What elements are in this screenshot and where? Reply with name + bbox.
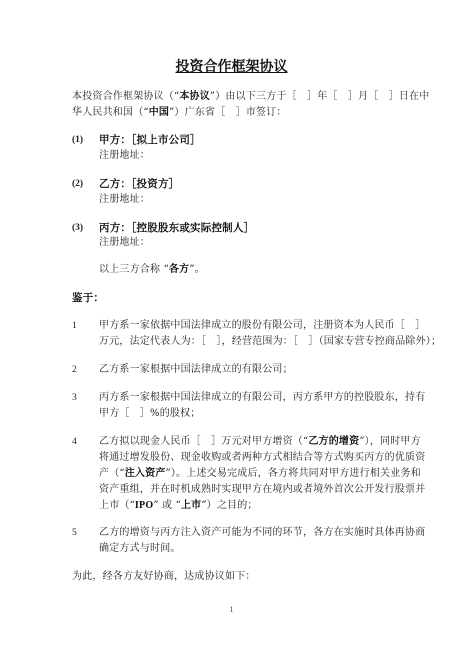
recital-4-line-1: 乙方拟以现金人民币［ ］万元对甲方增资（“乙方的增资”），同时甲方: [99, 434, 421, 450]
text: ”）。上述交易完成后，各方将共同对甲方进行相关业务和: [166, 468, 421, 479]
recital-1-line-1: 甲方系一家依据中国法律成立的股份有限公司，注册资本为人民币［ ］: [99, 318, 425, 334]
party-a-address: 注册地址：: [99, 148, 150, 164]
party-number: (1): [72, 132, 83, 148]
recital-4-line-5: 上市（“IPO” 或 “上市”）之目的；: [99, 498, 258, 514]
defined-term: 本协议: [179, 91, 210, 102]
intro-text: 华人民共和国（“: [72, 107, 149, 118]
party-a-label: 甲方：［拟上市公司］: [99, 132, 201, 148]
recital-5-line-2: 确定方式与时间。: [99, 541, 181, 557]
text: ”。: [189, 264, 205, 275]
text: 乙方拟以现金人民币［ ］万元对甲方增资（“: [99, 436, 308, 447]
defined-term: 注入资产: [125, 468, 166, 479]
closing-statement: 为此，经各方友好协商，达成协议如下：: [72, 569, 256, 585]
party-b-address: 注册地址：: [99, 192, 150, 208]
text: ”），同时甲方: [359, 436, 421, 447]
recital-number: 4: [72, 434, 77, 450]
recital-number: 2: [72, 362, 77, 378]
recital-4-line-2: 将通过增发股份、现金收购或者两种方式相结合等方式购买丙方的优质资: [99, 450, 425, 466]
intro-line-1: 本投资合作框架协议（“本协议”）由以下三方于［ ］年［ ］月［ ］日在中: [72, 89, 429, 105]
defined-term: IPO: [135, 500, 153, 511]
text: 上市（“: [99, 500, 135, 511]
party-b-label: 乙方：［投资方］: [99, 176, 179, 192]
title-text: 投资合作框架协议: [176, 59, 288, 75]
recital-2-line-1: 乙方系一家根据中国法律成立的有限公司；: [99, 362, 293, 378]
defined-term: 上市: [181, 500, 201, 511]
party-c-address: 注册地址：: [99, 235, 150, 251]
intro-line-2: 华人民共和国（“中国”）广东省［ ］市签订：: [72, 105, 287, 121]
recital-4-line-3: 产（“注入资产”）。上述交易完成后，各方将共同对甲方进行相关业务和: [99, 466, 421, 482]
party-number: (3): [72, 220, 83, 236]
defined-term: 中国: [149, 107, 169, 118]
recital-4-line-4: 资产重组，并在时机成熟时实现甲方在境内或者境外首次公开发行股票并: [99, 482, 425, 498]
defined-term: 乙方的增资: [308, 436, 359, 447]
recital-3-line-2: 甲方［ ］%的股权；: [99, 406, 201, 422]
recital-5-line-1: 乙方的增资与丙方注入资产可能为不同的环节，各方在实施时具体再协商: [99, 525, 425, 541]
document-title: 投资合作框架协议: [0, 56, 463, 76]
collective-definition: 以上三方合称 “各方”。: [99, 262, 205, 278]
intro-text: ”）由以下三方于［ ］年［ ］月［ ］日在中: [210, 91, 430, 102]
defined-term: 各方: [169, 264, 189, 275]
text: ”）之目的；: [201, 500, 257, 511]
text: ” 或 “: [153, 500, 181, 511]
page-number: 1: [0, 605, 463, 614]
intro-text: ”）广东省［ ］市签订：: [169, 107, 287, 118]
recital-number: 5: [72, 525, 77, 541]
text: 以上三方合称 “: [99, 264, 169, 275]
recital-3-line-1: 丙方系一家根据中国法律成立的有限公司，丙方系甲方的控股股东，持有: [99, 390, 425, 406]
intro-text: 本投资合作框架协议（“: [72, 91, 179, 102]
recital-1-line-2: 万元，法定代表人为：［ ］，经营范围为：［ ］（国家专营专控商品除外）；: [99, 334, 441, 350]
text: 产（“: [99, 468, 125, 479]
document-page: 投资合作框架协议 本投资合作框架协议（“本协议”）由以下三方于［ ］年［ ］月［…: [0, 0, 463, 655]
whereas-heading: 鉴于：: [72, 290, 104, 306]
recital-number: 1: [72, 318, 77, 334]
party-number: (2): [72, 176, 83, 192]
party-c-label: 丙方：［控股股东或实际控制人］: [99, 220, 254, 236]
recital-number: 3: [72, 390, 77, 406]
